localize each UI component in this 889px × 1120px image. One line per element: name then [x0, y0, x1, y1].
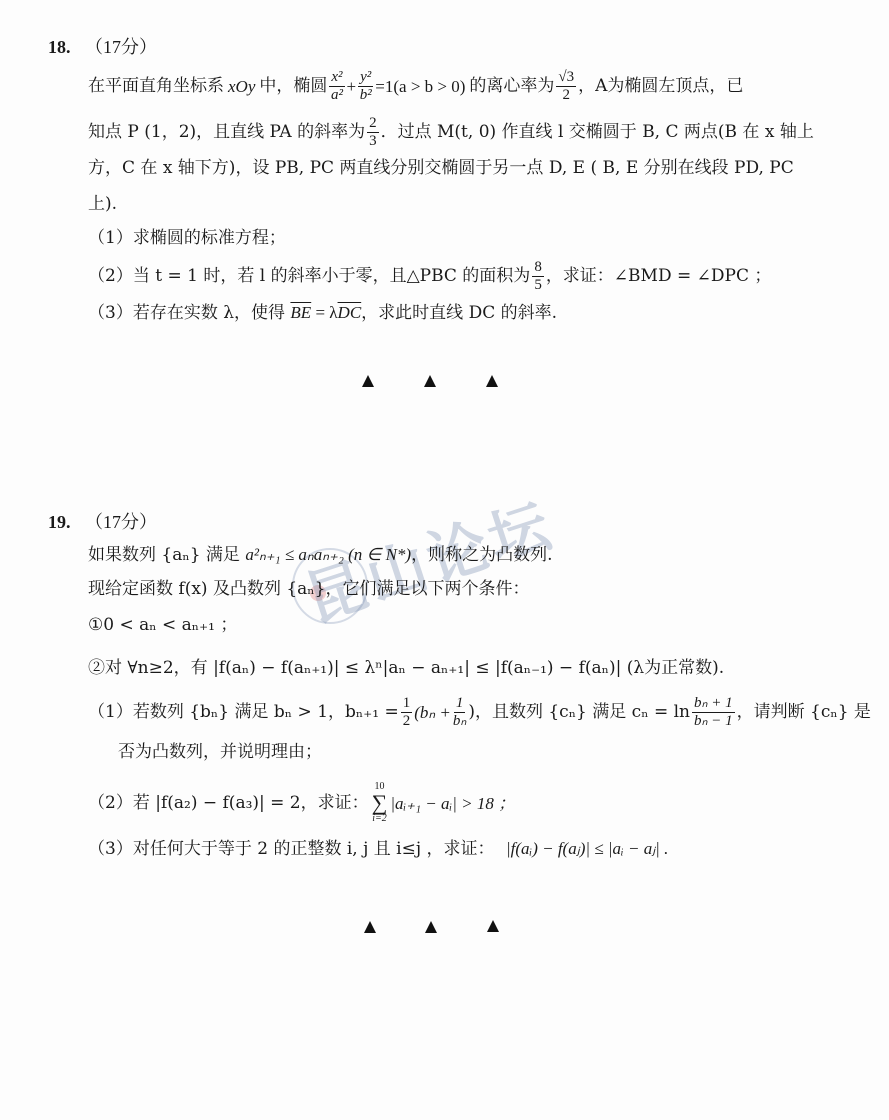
q19-condition-1: ①0 < aₙ < aₙ₊₁ ； — [88, 617, 237, 634]
vector-be: BE — [290, 303, 311, 322]
q19-part-1-cont: 否为凸数列，并说明理由； — [118, 744, 322, 761]
q19-part-1: （1） 若数列 {bₙ} 满足 bₙ > 1，bₙ₊₁ = 1 2 (bₙ + … — [88, 692, 871, 732]
q18-points: （17分） — [85, 37, 157, 57]
area-fraction: 8 5 — [532, 260, 544, 293]
half-fraction: 1 2 — [401, 696, 413, 729]
q19-given: 现给定函数 f(x) 及凸数列 {aₙ}，它们满足以下两个条件： — [88, 581, 529, 598]
ellipse-x-fraction: x² a² — [329, 70, 344, 103]
q19-part-2: （2） 若 |f(a₂) − f(a₃)| = 2，求证： 10 ∑ i=2 |… — [88, 780, 515, 826]
vector-dc: DC — [338, 303, 362, 322]
q18-stem-line1: 在平面直角坐标系 xOy 中，椭圆 x² a² + y² b² =1(a > b… — [88, 66, 743, 106]
q19-condition-2: ②对 ∀n≥2，有 |f(aₙ) − f(aₙ₊₁)| ≤ λⁿ|aₙ − aₙ… — [88, 660, 724, 677]
q18-var-xoy: xOy — [228, 78, 255, 95]
separator-triangle-icon — [364, 921, 376, 933]
separator-triangle-icon — [362, 375, 374, 387]
slope-fraction: 2 3 — [367, 116, 379, 149]
q18-text: 在平面直角坐标系 — [88, 78, 224, 95]
ellipse-condition: =1(a > b > 0) — [375, 78, 465, 95]
q19-header: 19. （17分） — [48, 513, 157, 531]
q18-stem-line2: 知点 P (1，2)，且直线 PA 的斜率为 2 3 ．过点 M(t, 0) 作… — [88, 112, 814, 152]
q18-stem-line4: 上). — [88, 196, 117, 213]
q19-number: 19. — [48, 512, 71, 532]
separator-triangle-icon — [486, 375, 498, 387]
eccentricity-fraction: √3 2 — [556, 70, 576, 103]
q18-part-1: （1）求椭圆的标准方程； — [88, 230, 286, 247]
separator-triangle-icon — [424, 375, 436, 387]
separator-triangle-icon — [487, 920, 499, 932]
q18-part-3: （3）若存在实数 λ，使得 BE = λDC，求此时直线 DC 的斜率. — [88, 304, 557, 322]
separator-triangle-icon — [425, 921, 437, 933]
q19-definition: 如果数列 {aₙ} 满足 a²ₙ₊₁ ≤ aₙaₙ₊₂ (n ∈ N*)，则称之… — [88, 546, 552, 564]
q18-number: 18. — [48, 37, 71, 57]
summation-symbol: 10 ∑ i=2 — [372, 782, 388, 824]
q18-text: 中，椭圆 — [259, 78, 327, 95]
q19-part-3: （3）对任何大于等于 2 的正整数 i, j 且 i≤j ，求证： |f(aᵢ)… — [88, 840, 668, 858]
inverse-fraction: 1 bₙ — [453, 696, 466, 729]
q19-points: （17分） — [85, 512, 157, 532]
q18-header: 18. （17分） — [48, 38, 157, 56]
ln-fraction: bₙ + 1 bₙ − 1 — [692, 696, 735, 729]
q18-part-2: （2） 当 t = 1 时，若 l 的斜率小于零，且△PBC 的面积为 8 5 … — [88, 256, 771, 296]
q18-stem-line3: 方，C 在 x 轴下方)，设 PB, PC 两直线分别交椭圆于另一点 D, E … — [88, 160, 794, 177]
exam-page: 昆山论坛 18. （17分） 在平面直角坐标系 xOy 中，椭圆 x² a² +… — [0, 0, 889, 1120]
ellipse-y-fraction: y² b² — [358, 70, 373, 103]
